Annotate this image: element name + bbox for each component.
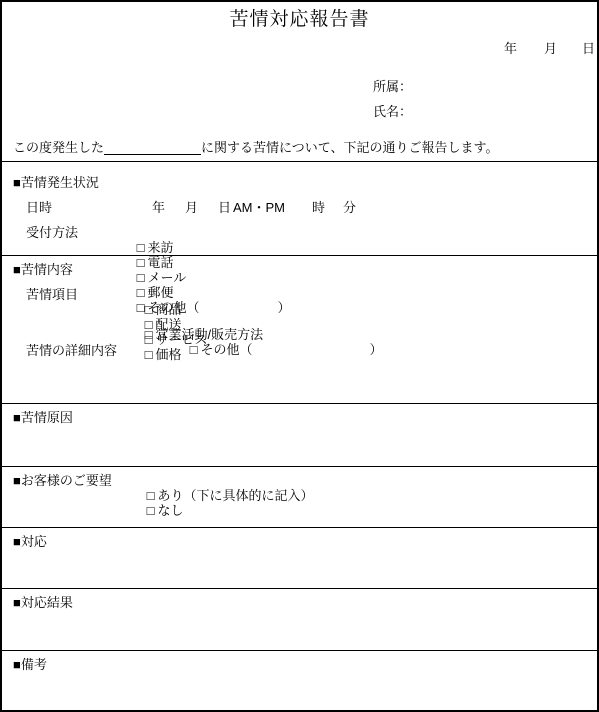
option-label: なし [158, 503, 184, 518]
customer-request-options: □あり（下に具体的に記入） □なし [125, 474, 334, 534]
report-date-month-label: 月 [544, 42, 557, 57]
checkbox-option-visit[interactable]: □来訪 [137, 240, 174, 255]
cause-heading: ■苦情原因 [13, 411, 73, 426]
occurrence-year-label: 年 [152, 201, 165, 216]
reporter-name-label: 氏名： [373, 105, 412, 120]
occurrence-hour-label: 時 [312, 201, 325, 216]
option-label: 来訪 [148, 240, 174, 255]
checkbox-option-request-yes[interactable]: □あり（下に具体的に記入） [147, 488, 314, 503]
occurrence-month-label: 月 [185, 201, 198, 216]
response-heading: ■対応 [13, 535, 47, 550]
section-customer-request: ■お客様のご要望 □あり（下に具体的に記入） □なし [2, 466, 597, 527]
form-header: 苦情対応報告書 年 月 日 所属： 氏名： この度発生したに関する苦情について、… [2, 2, 597, 161]
subject-blank-underline-field[interactable] [104, 141, 201, 155]
datetime-label: 日時 [26, 201, 52, 216]
option-label: 営業活動/販売方法 [156, 327, 264, 342]
checkbox-option-sales-method[interactable]: □営業活動/販売方法 [145, 327, 263, 342]
complaint-item-label: 苦情項目 [26, 288, 78, 303]
occurrence-ampm-label: AM・PM [233, 201, 285, 216]
checkbox-option-item-other[interactable]: □その他（ ） [190, 342, 383, 357]
checkbox-icon: □ [147, 488, 155, 503]
occurrence-minute-label: 分 [343, 201, 356, 216]
section-complaint-occurrence: ■苦情発生状況 日時 年 月 日 AM・PM 時 分 受付方法 □来訪 □電話 … [2, 161, 597, 255]
option-label: その他（ ） [201, 342, 383, 357]
checkbox-icon: □ [137, 240, 145, 255]
report-date-year-label: 年 [504, 42, 517, 57]
section-response-result: ■対応結果 [2, 588, 597, 650]
checkbox-icon: □ [190, 342, 198, 357]
intro-sentence: この度発生したに関する苦情について、下記の通りご報告します。 [13, 141, 498, 156]
option-label: あり（下に具体的に記入） [158, 488, 314, 503]
checkbox-icon: □ [147, 503, 155, 518]
complaint-item-options-row2: □営業活動/販売方法 □その他（ ） [123, 313, 396, 373]
remarks-heading: ■備考 [13, 658, 47, 673]
form-title: 苦情対応報告書 [2, 9, 597, 31]
intro-suffix: に関する苦情について、下記の通りご報告します。 [201, 140, 498, 155]
report-date-day-label: 日 [582, 42, 595, 57]
occurrence-day-label: 日 [218, 201, 231, 216]
request-heading: ■お客様のご要望 [13, 474, 112, 489]
section-remarks: ■備考 [2, 650, 597, 710]
section-complaint-cause: ■苦情原因 [2, 403, 597, 466]
complaint-detail-label: 苦情の詳細内容 [26, 344, 117, 359]
content-heading: ■苦情内容 [13, 263, 73, 278]
occurrence-heading: ■苦情発生状況 [13, 176, 99, 191]
result-heading: ■対応結果 [13, 596, 73, 611]
section-complaint-content: ■苦情内容 苦情項目 □商品 □配送 □サービス □価格 □営業活動/販売方法 … [2, 255, 597, 403]
checkbox-option-request-no[interactable]: □なし [147, 503, 184, 518]
section-response: ■対応 [2, 527, 597, 588]
reception-method-label: 受付方法 [26, 226, 78, 241]
checkbox-icon: □ [145, 327, 153, 342]
affiliation-label: 所属： [373, 80, 412, 95]
complaint-report-form: 苦情対応報告書 年 月 日 所属： 氏名： この度発生したに関する苦情について、… [0, 0, 599, 712]
intro-prefix: この度発生した [13, 140, 104, 155]
